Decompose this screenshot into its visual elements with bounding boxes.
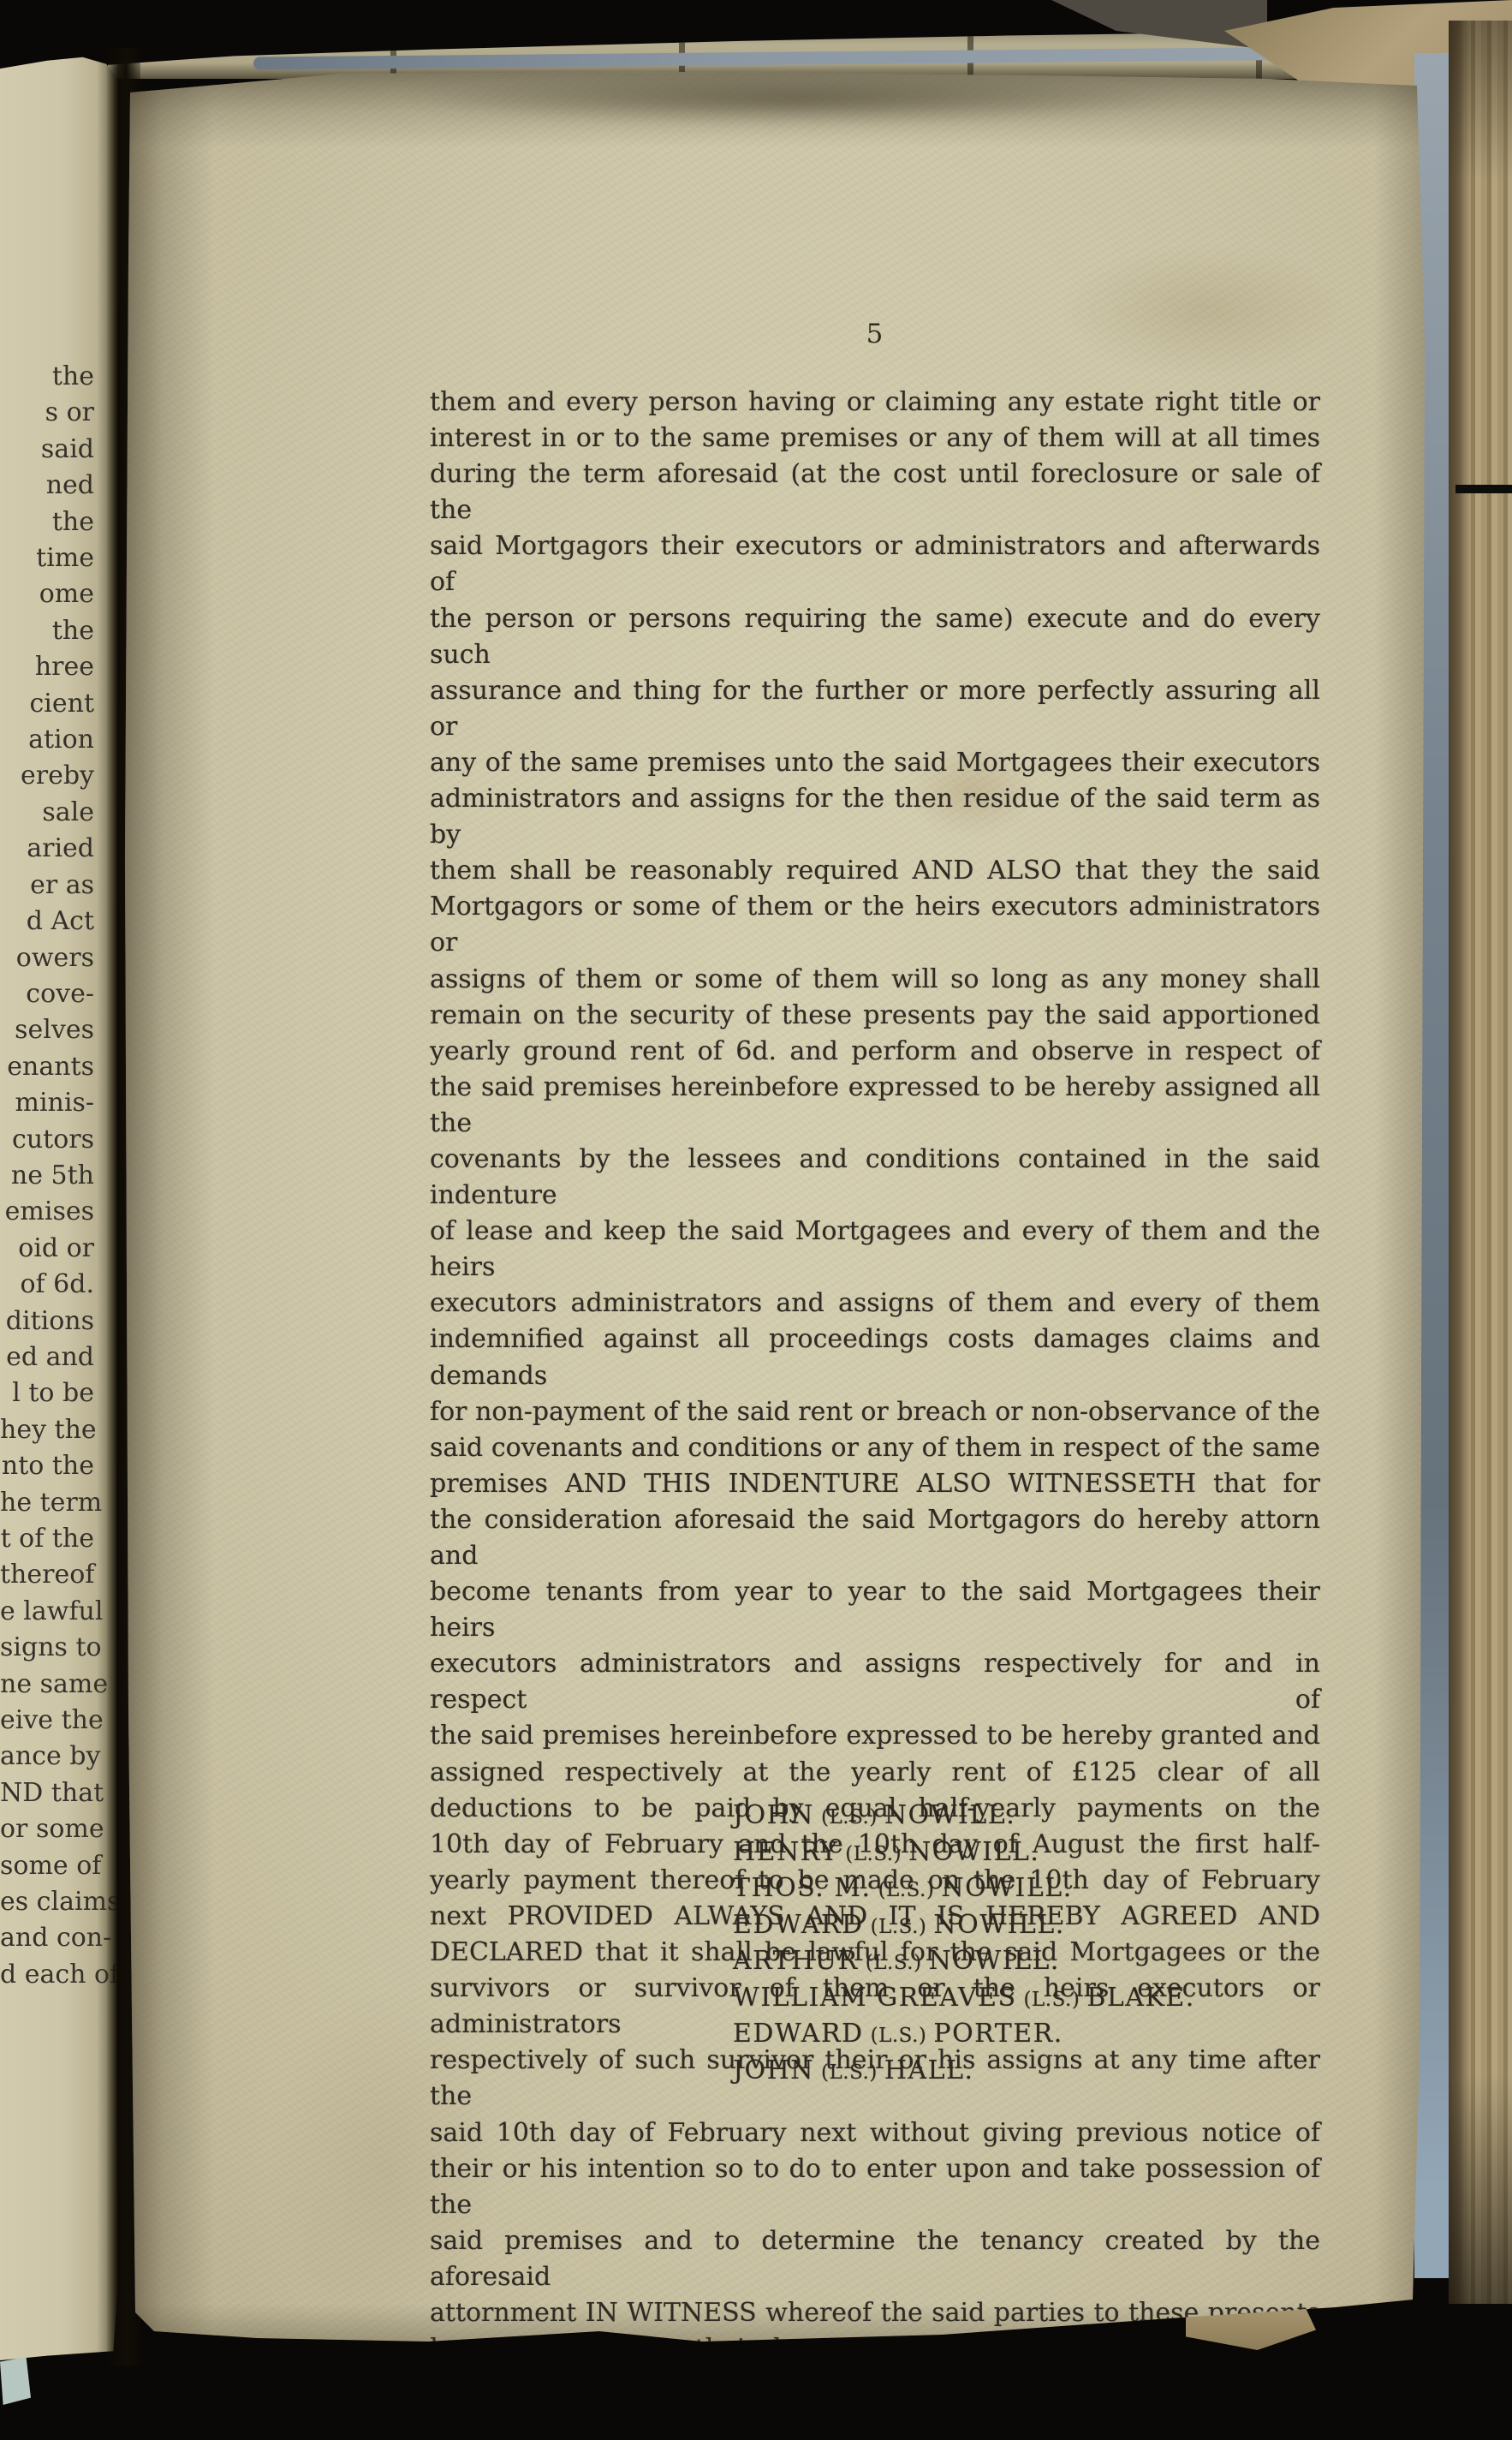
text-line: said Mortgagors their executors or admin… — [430, 528, 1320, 600]
text-line: administrators and assigns for the then … — [430, 781, 1320, 853]
text-line: assurance and thing for the further or m… — [430, 673, 1320, 745]
previous-page-text-fragment: ance by — [0, 1739, 98, 1775]
text-line: remain on the security of these presents… — [430, 998, 1320, 1034]
signature-surname: NOWILL. — [908, 1837, 1039, 1867]
previous-page-text-fragment: cutors — [0, 1122, 98, 1158]
previous-page-text-fragment: ome — [0, 576, 98, 612]
previous-page-text-fragment: said — [0, 432, 98, 468]
previous-page-text-fragment: ed and — [0, 1339, 98, 1375]
signature-given-name: HENRY — [733, 1837, 838, 1867]
text-line: of lease and keep the said Mortgagees an… — [430, 1214, 1320, 1286]
text-line: their or his intention so to do to enter… — [430, 2151, 1320, 2223]
previous-page-text-fragment: signs to — [0, 1630, 98, 1666]
fore-edge-shading — [1449, 21, 1512, 2304]
previous-page-text-fragment: er as — [0, 868, 98, 904]
previous-page-text-fragment: d Act — [0, 904, 98, 940]
signature-line: HENRY(L.S.)NOWILL. — [733, 1835, 1195, 1872]
previous-page-text-fragment: the — [0, 504, 98, 540]
previous-page-text-fragment: selves — [0, 1012, 98, 1048]
page-number: 5 — [430, 319, 1320, 349]
previous-page-text-fragment: eive the — [0, 1703, 98, 1739]
previous-page-text-fragment: aried — [0, 831, 98, 867]
seal-mark: (L.S.) — [871, 2025, 927, 2047]
seal-mark: (L.S.) — [1024, 1989, 1080, 2011]
previous-page-text-fragment: t of the — [0, 1521, 98, 1557]
text-line: the person or persons requiring the same… — [430, 601, 1320, 673]
signature-given-name: EDWARD — [733, 1910, 864, 1940]
previous-page-text-fragment: d each of — [0, 1957, 98, 1993]
previous-page-text-fragment: ation — [0, 722, 98, 758]
previous-page-text-fragment: ne 5th — [0, 1158, 98, 1194]
text-line: during the term aforesaid (at the cost u… — [430, 456, 1320, 528]
previous-page-text-fragment: the — [0, 359, 98, 395]
previous-page-text-fragment: and con- — [0, 1920, 98, 1956]
previous-page-text-fragment: ned — [0, 468, 98, 504]
previous-page-text-fragment: hey the — [0, 1412, 98, 1448]
previous-page-text-fragment: thereof — [0, 1557, 98, 1593]
text-line: executors administrators and assigns of … — [430, 1286, 1320, 1321]
text-line: indemnified against all proceedings cost… — [430, 1321, 1320, 1393]
signature-surname: NOWILL. — [941, 1873, 1072, 1903]
text-line: assigned respectively at the yearly rent… — [430, 1755, 1320, 1791]
previous-page-text-fragment: minis- — [0, 1085, 98, 1121]
signature-surname: BLAKE. — [1086, 1983, 1194, 2013]
text-line: become tenants from year to year to the … — [430, 1574, 1320, 1646]
seal-mark: (L.S.) — [821, 1806, 878, 1829]
text-line: said 10th day of February next without g… — [430, 2115, 1320, 2151]
previous-page-text-fragment: sale — [0, 795, 98, 831]
signature-surname: NOWILL. — [933, 1910, 1064, 1940]
previous-page-text-fragment: s or — [0, 395, 98, 431]
previous-page-text-fragment: enants — [0, 1049, 98, 1085]
signature-surname: NOWILL. — [929, 1946, 1060, 1976]
text-line: them shall be reasonably required AND AL… — [430, 853, 1320, 889]
previous-page-text-fragment: some of — [0, 1848, 98, 1884]
signature-line: EDWARD(L.S.)NOWILL. — [733, 1908, 1195, 1945]
text-line: assigns of them or some of them will so … — [430, 962, 1320, 998]
signature-surname: PORTER. — [933, 2019, 1063, 2049]
previous-page-text-fragment: e lawful — [0, 1594, 98, 1630]
previous-page-text-fragment: oid or — [0, 1231, 98, 1267]
seal-mark: (L.S.) — [821, 2061, 878, 2084]
text-line: before written. — [430, 2403, 1320, 2439]
text-line: for non-payment of the said rent or brea… — [430, 1394, 1320, 1430]
previous-page-text-fragment: es claims — [0, 1884, 98, 1920]
previous-page-text-fragment: ND that — [0, 1775, 98, 1811]
text-line: the said premises hereinbefore expressed… — [430, 1718, 1320, 1754]
text-line: any of the same premises unto the said M… — [430, 745, 1320, 781]
text-line: said premises and to determine the tenan… — [430, 2223, 1320, 2295]
seal-mark: (L.S.) — [878, 1879, 935, 1901]
text-line: interest in or to the same premises or a… — [430, 421, 1320, 456]
signature-given-name: WILLIAM GREAVES — [733, 1983, 1017, 2013]
signature-surname: HALL. — [884, 2055, 974, 2085]
fore-edge-dark-line — [1455, 485, 1512, 493]
previous-page-text-fragment: time — [0, 540, 98, 576]
text-line: premises AND THIS INDENTURE ALSO WITNESS… — [430, 1466, 1320, 1502]
document-body: them and every person having or claiming… — [430, 385, 1320, 2439]
text-line: executors administrators and assigns res… — [430, 1646, 1320, 1718]
previous-page-text-fragment: ereby — [0, 758, 98, 794]
previous-page-text-fragment: owers — [0, 940, 98, 976]
text-line: them and every person having or claiming… — [430, 385, 1320, 421]
signature-line: THOS. M.(L.S.)NOWILL. — [733, 1871, 1195, 1908]
previous-page-edge: thes orsaidnedthetimeomethehreecientatio… — [0, 55, 118, 2360]
text-line: covenants by the lessees and conditions … — [430, 1142, 1320, 1214]
signature-given-name: THOS. M. — [733, 1873, 872, 1903]
seal-mark: (L.S.) — [866, 1952, 922, 1974]
previous-page-text-column: thes orsaidnedthetimeomethehreecientatio… — [0, 359, 98, 1993]
previous-page-text-fragment: he term — [0, 1485, 98, 1521]
previous-page-text-fragment: emises — [0, 1194, 98, 1230]
text-line: Mortgagors or some of them or the heirs … — [430, 889, 1320, 961]
signature-line: JOHN(L.S.)HALL. — [733, 2054, 1195, 2091]
signature-line: JOHN(L.S.)NOWILL. — [733, 1799, 1195, 1835]
seal-mark: (L.S.) — [871, 1916, 927, 1938]
previous-page-text-fragment: cient — [0, 686, 98, 722]
document-page: 5 them and every person having or claimi… — [120, 67, 1434, 2364]
text-line: have hereunto set their hands and seals … — [430, 2331, 1320, 2403]
previous-page-text-fragment: cove- — [0, 976, 98, 1012]
signature-given-name: JOHN — [733, 2055, 814, 2085]
previous-page-text-fragment: l to be — [0, 1375, 98, 1411]
text-line: said covenants and conditions or any of … — [430, 1430, 1320, 1466]
seal-mark: (L.S.) — [845, 1843, 902, 1865]
signature-line: WILLIAM GREAVES(L.S.)BLAKE. — [733, 1981, 1195, 2018]
previous-page-text-fragment: the — [0, 613, 98, 649]
signature-block: JOHN(L.S.)NOWILL.HENRY(L.S.)NOWILL.THOS.… — [733, 1799, 1195, 2090]
book-photo-scene: { "colors": { "background": "#0a0806", "… — [0, 0, 1512, 2440]
book-fore-edge — [1449, 21, 1512, 2304]
signature-line: ARTHUR(L.S.)NOWILL. — [733, 1944, 1195, 1981]
previous-page-text-fragment: ditions — [0, 1304, 98, 1339]
bottom-left-blue-sliver — [0, 2357, 31, 2405]
signature-given-name: JOHN — [733, 1800, 814, 1830]
previous-page-text-fragment: nto the — [0, 1448, 98, 1484]
signature-given-name: EDWARD — [733, 2019, 864, 2049]
previous-page-text-fragment: or some — [0, 1811, 98, 1847]
text-line: the said premises hereinbefore expressed… — [430, 1070, 1320, 1142]
previous-page-text-fragment: hree — [0, 649, 98, 685]
signature-surname: NOWILL. — [884, 1800, 1015, 1830]
signature-given-name: ARTHUR — [733, 1946, 859, 1976]
signature-line: EDWARD(L.S.)PORTER. — [733, 2017, 1195, 2054]
text-line: the consideration aforesaid the said Mor… — [430, 1502, 1320, 1574]
previous-page-text-fragment: of 6d. — [0, 1267, 98, 1303]
text-line: yearly ground rent of 6d. and perform an… — [430, 1034, 1320, 1070]
previous-page-text-fragment: ne same — [0, 1667, 98, 1703]
